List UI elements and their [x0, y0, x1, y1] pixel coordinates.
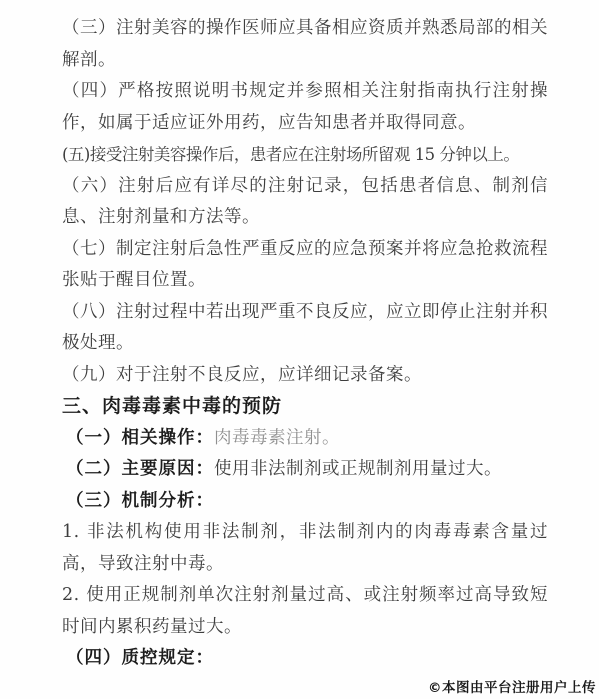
paragraph-text: （三）注射美容的操作医师应具备相应资质并熟悉局部的相关解剖。 — [62, 18, 548, 70]
paragraph: 1. 非法机构使用非法制剂，非法制剂内的肉毒毒素含量过高，导致注射中毒。 — [62, 517, 548, 580]
paragraph: （七）制定注射后急性严重反应的应急预案并将应急抢救流程张贴于醒目位置。 — [62, 234, 548, 297]
paragraph: （八）注射过程中若出现严重不良反应，应立即停止注射并积极处理。 — [62, 297, 548, 360]
document-page: （三）注射美容的操作医师应具备相应资质并熟悉局部的相关解剖。（四）严格按照说明书… — [0, 0, 599, 699]
paragraph: （九）对于注射不良反应，应详细记录备案。 — [62, 360, 548, 392]
paragraph-text: （八）注射过程中若出现严重不良反应，应立即停止注射并积极处理。 — [62, 302, 548, 354]
watermark-badge: ©本图由平台注册用户上传 — [428, 676, 596, 696]
paragraph-text: （六）注射后应有详尽的注射记录，包括患者信息、制剂信息、注射剂量和方法等。 — [62, 176, 548, 228]
paragraph: （一）相关操作：肉毒毒素注射。 — [62, 423, 548, 455]
paragraph: 2. 使用正规制剂单次注射剂量过高、或注射频率过高导致短时间内累积药量过大。 — [62, 580, 548, 643]
section-heading: 三、肉毒毒素中毒的预防 — [62, 391, 548, 423]
paragraph-label: （二）主要原因： — [66, 459, 214, 479]
paragraph: （六）注射后应有详尽的注射记录，包括患者信息、制剂信息、注射剂量和方法等。 — [62, 171, 548, 234]
paragraph-text: （九）对于注射不良反应，应详细记录备案。 — [62, 365, 422, 385]
paragraph-text: 2. 使用正规制剂单次注射剂量过高、或注射频率过高导致短时间内累积药量过大。 — [62, 585, 548, 637]
paragraph-text: （四）严格按照说明书规定并参照相关注射指南执行注射操作，如属于适应证外用药，应告… — [62, 81, 548, 133]
paragraph-label: （三）机制分析： — [66, 491, 214, 511]
paragraph-text: 三、肉毒毒素中毒的预防 — [62, 395, 282, 417]
paragraph-label: （四）质控规定： — [66, 648, 214, 668]
paragraph-text: 使用非法制剂或正规制剂用量过大。 — [214, 459, 502, 479]
paragraph-text: （七）制定注射后急性严重反应的应急预案并将应急抢救流程张贴于醒目位置。 — [62, 239, 548, 291]
paragraph-text: 肉毒毒素注射。 — [214, 428, 340, 448]
paragraph: （四）严格按照说明书规定并参照相关注射指南执行注射操作，如属于适应证外用药，应告… — [62, 76, 548, 139]
paragraph: (五)接受注射美容操作后，患者应在注射场所留观 15 分钟以上。 — [62, 139, 548, 171]
paragraph-text: 1. 非法机构使用非法制剂，非法制剂内的肉毒毒素含量过高，导致注射中毒。 — [62, 522, 548, 574]
document-body: （三）注射美容的操作医师应具备相应资质并熟悉局部的相关解剖。（四）严格按照说明书… — [62, 13, 548, 675]
paragraph: （二）主要原因：使用非法制剂或正规制剂用量过大。 — [62, 454, 548, 486]
paragraph: （三）机制分析： — [62, 486, 548, 518]
paragraph-label: （一）相关操作： — [66, 428, 214, 448]
paragraph-text: (五)接受注射美容操作后，患者应在注射场所留观 15 分钟以上。 — [62, 145, 519, 164]
paragraph: （三）注射美容的操作医师应具备相应资质并熟悉局部的相关解剖。 — [62, 13, 548, 76]
paragraph: （四）质控规定： — [62, 643, 548, 675]
